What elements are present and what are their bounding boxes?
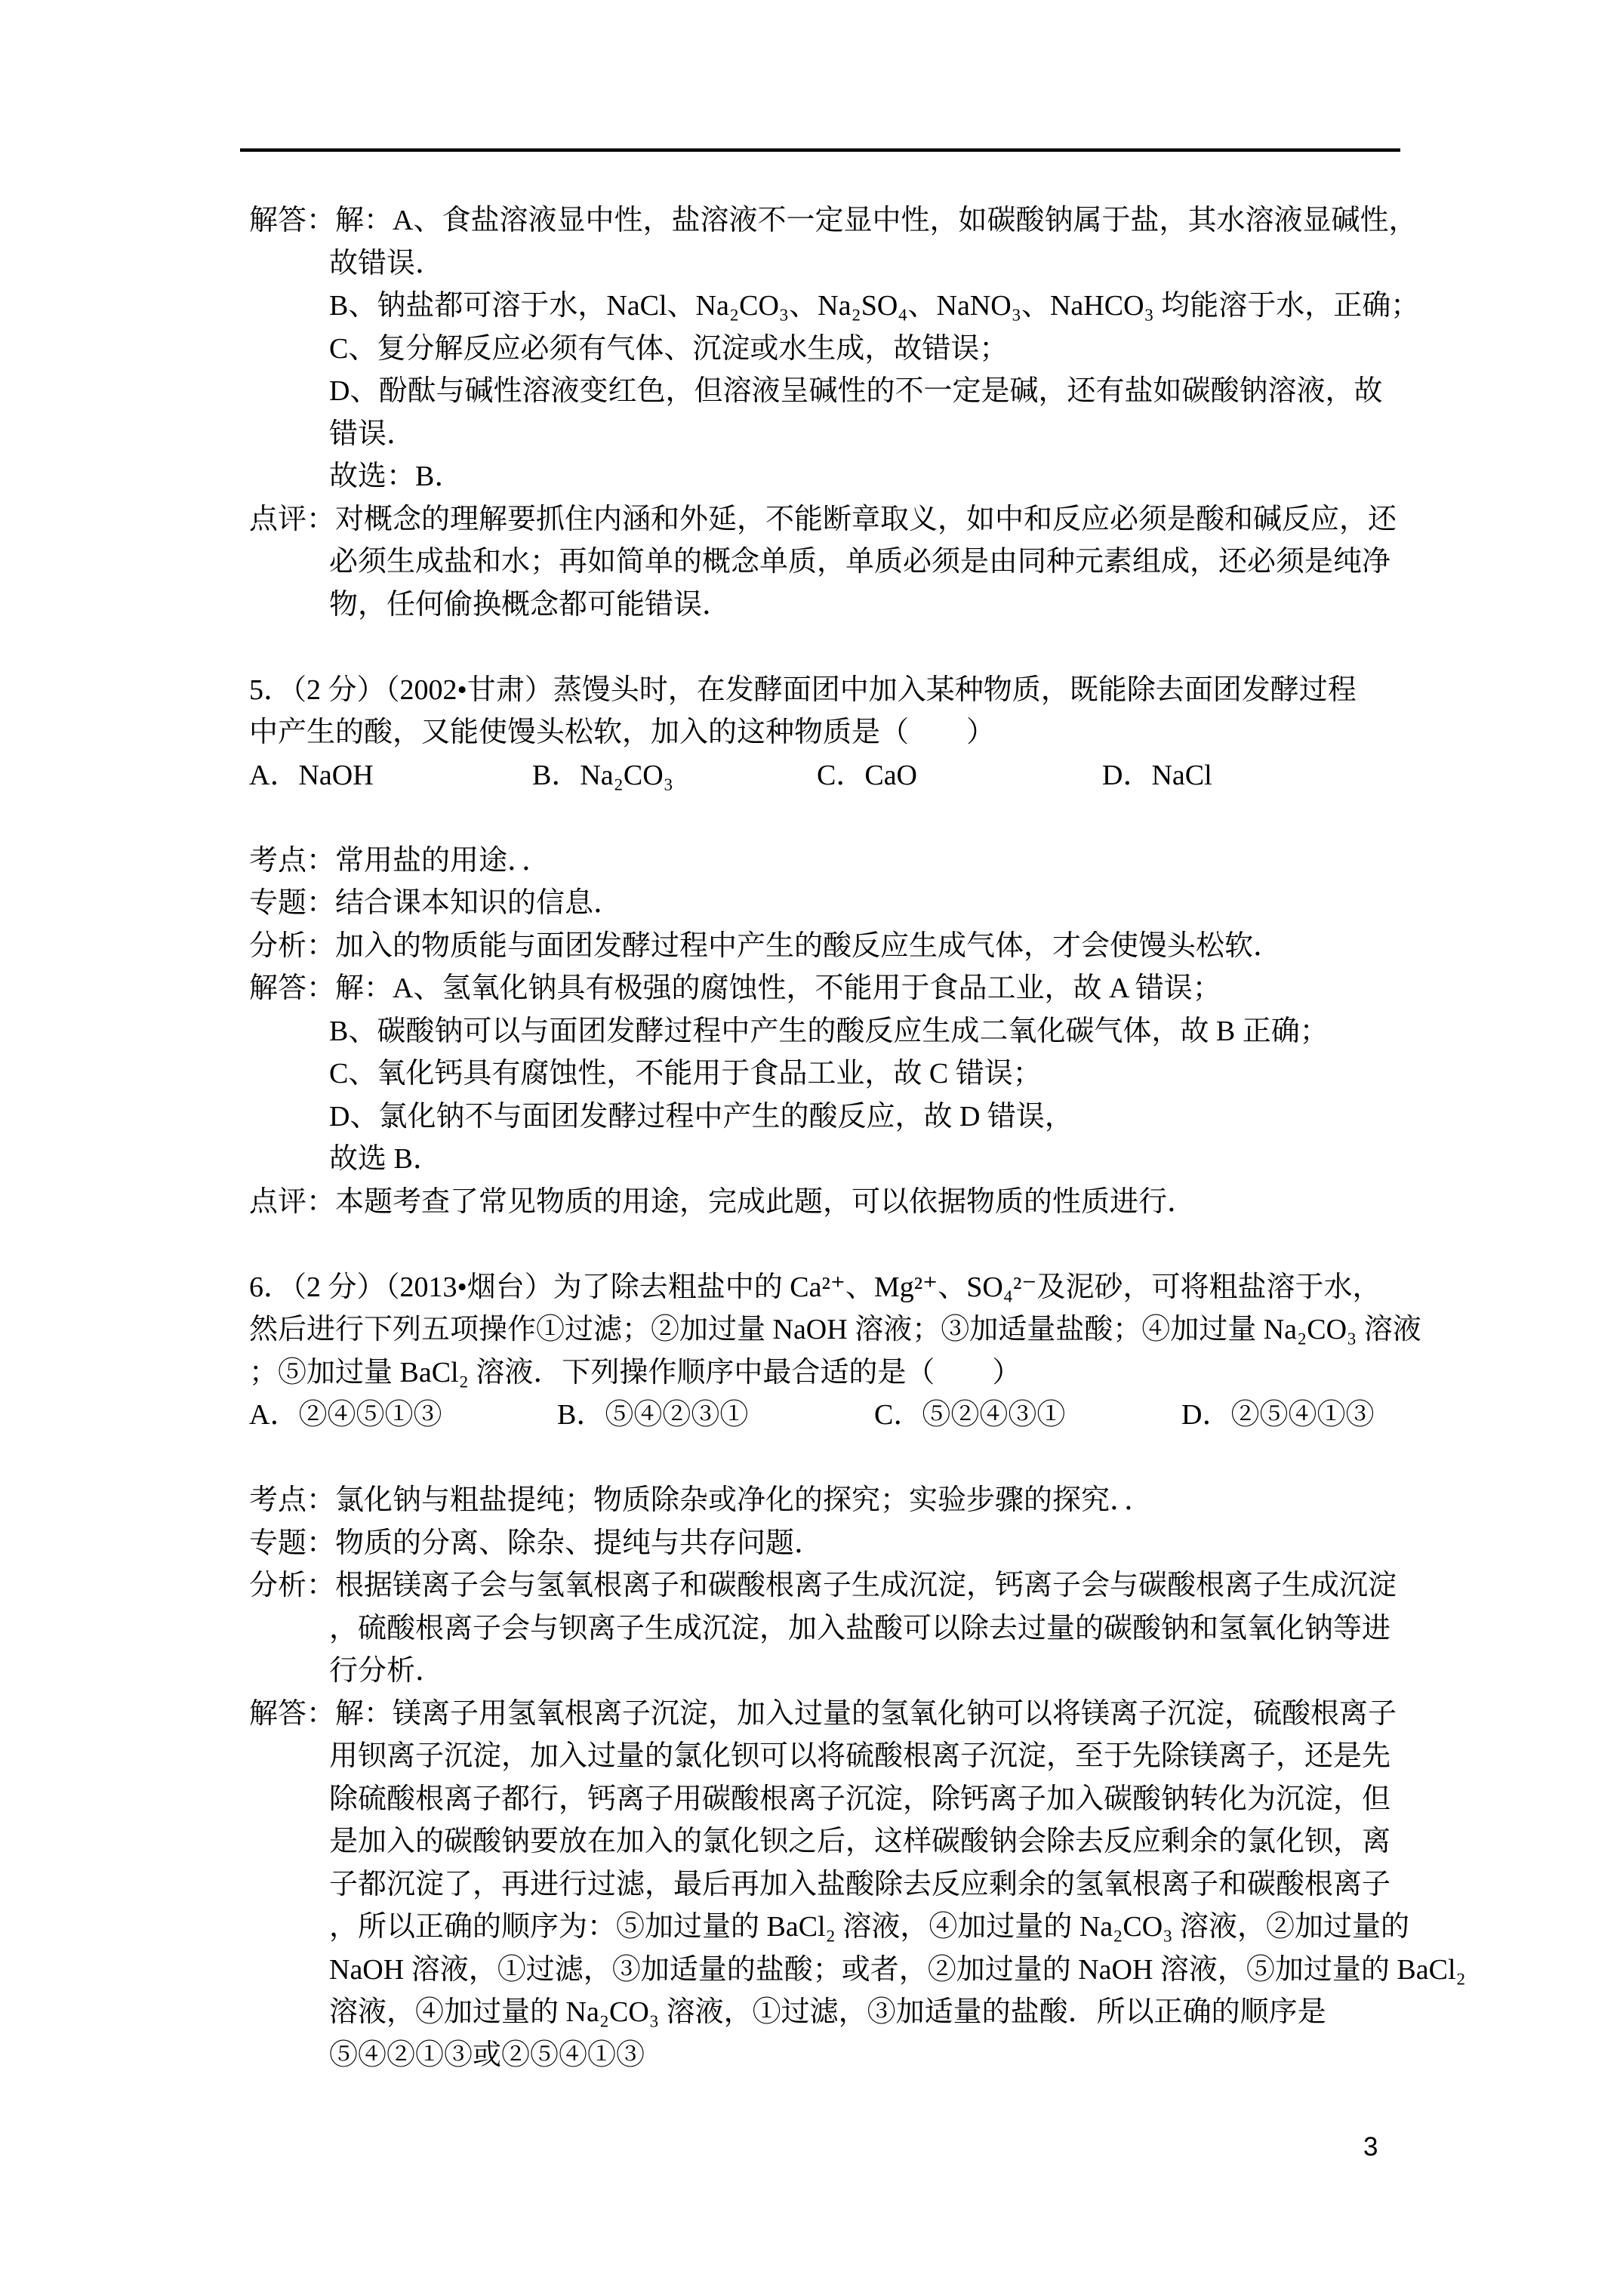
option-item: B．Na₂CO₃ (532, 754, 673, 797)
text-line: D、氯化钠不与面团发酵过程中产生的酸反应，故 D 错误， (249, 1096, 1412, 1139)
blank-line (249, 797, 1412, 840)
option-item: B．⑤④②③① (557, 1394, 748, 1437)
text-line: 点评：对概念的理解要抓住内涵和外延，不能断章取义，如中和反应必须是酸和碱反应，还 (249, 498, 1412, 541)
text-line: 解答：解：A、氢氧化钠具有极强的腐蚀性，不能用于食品工业，故 A 错误； (249, 967, 1412, 1010)
text-line: 故错误． (249, 242, 1412, 285)
text-line: 解答：解：镁离子用氢氧根离子沉淀，加入过量的氢氧化钠可以将镁离子沉淀，硫酸根离子 (249, 1693, 1412, 1736)
option-item: C．CaO (817, 754, 917, 797)
text-line: ；⑤加过量 BaCl₂ 溶液．下列操作顺序中最合适的是（ ） (249, 1351, 1412, 1395)
text-line: 解答：解：A、食盐溶液显中性，盐溶液不一定显中性，如碳酸钠属于盐，其水溶液显碱性… (249, 199, 1412, 242)
text-line: 考点：常用盐的用途．． (249, 840, 1412, 883)
blank-line (249, 1223, 1412, 1266)
text-line: 考点：氯化钠与粗盐提纯；物质除杂或净化的探究；实验步骤的探究．． (249, 1479, 1412, 1522)
option-item: A．②④⑤①③ (249, 1394, 442, 1437)
text-line: 故选：B． (249, 455, 1412, 498)
text-line: 故选 B． (249, 1138, 1412, 1181)
text-line: 错误． (249, 413, 1412, 456)
text-line: 专题：结合课本知识的信息． (249, 882, 1412, 925)
text-line: 子都沉淀了，再进行过滤，最后再加入盐酸除去反应剩余的氢氧根离子和碳酸根离子 (249, 1863, 1412, 1906)
options-row: A．②④⑤①③B．⑤④②③①C．⑤②④③①D．②⑤④①③ (249, 1394, 1412, 1437)
text-line: 分析：加入的物质能与面团发酵过程中产生的酸反应生成气体，才会使馒头松软． (249, 925, 1412, 968)
text-line: D、酚酞与碱性溶液变红色，但溶液呈碱性的不一定是碱，还有盐如碳酸钠溶液，故 (249, 370, 1412, 413)
options-row: A．NaOHB．Na₂CO₃C．CaOD．NaCl (249, 754, 1412, 797)
text-line: ⑤④②①③或②⑤④①③ (249, 2034, 1412, 2077)
text-line: C、复分解反应必须有气体、沉淀或水生成，故错误； (249, 328, 1412, 371)
header-rule (240, 148, 1400, 152)
text-line: 5．（2 分）（2002•甘肃）蒸馒头时，在发酵面团中加入某种物质，既能除去面团… (249, 669, 1412, 712)
text-line: NaOH 溶液，①过滤，③加适量的盐酸；或者，②加过量的 NaOH 溶液，⑤加过… (249, 1949, 1412, 1992)
text-line: 必须生成盐和水；再如简单的概念单质，单质必须是由同种元素组成，还必须是纯净 (249, 541, 1412, 584)
text-line: B、碳酸钠可以与面团发酵过程中产生的酸反应生成二氧化碳气体，故 B 正确； (249, 1010, 1412, 1053)
text-line: 分析：根据镁离子会与氢氧根离子和碳酸根离子生成沉淀，钙离子会与碳酸根离子生成沉淀 (249, 1564, 1412, 1607)
blank-line (249, 1437, 1412, 1480)
text-line: 然后进行下列五项操作①过滤；②加过量 NaOH 溶液；③加适量盐酸；④加过量 N… (249, 1308, 1412, 1351)
document-page: 解答：解：A、食盐溶液显中性，盐溶液不一定显中性，如碳酸钠属于盐，其水溶液显碱性… (0, 0, 1623, 2296)
page-number: 3 (1363, 2132, 1378, 2162)
document-body: 解答：解：A、食盐溶液显中性，盐溶液不一定显中性，如碳酸钠属于盐，其水溶液显碱性… (249, 199, 1412, 2076)
text-line: 6．（2 分）（2013•烟台）为了除去粗盐中的 Ca²⁺、Mg²⁺、SO₄²⁻… (249, 1266, 1412, 1309)
text-line: 溶液，④加过量的 Na₂CO₃ 溶液，①过滤，③加适量的盐酸．所以正确的顺序是 (249, 1991, 1412, 2034)
option-item: D．②⑤④①③ (1181, 1394, 1374, 1437)
text-line: 专题：物质的分离、除杂、提纯与共存问题． (249, 1522, 1412, 1565)
text-line: C、氧化钙具有腐蚀性，不能用于食品工业，故 C 错误； (249, 1052, 1412, 1096)
text-line: 行分析． (249, 1650, 1412, 1693)
option-item: C．⑤②④③① (874, 1394, 1065, 1437)
text-line: B、钠盐都可溶于水，NaCl、Na₂CO₃、Na₂SO₄、NaNO₃、NaHCO… (249, 285, 1412, 328)
text-line: 除硫酸根离子都行，钙离子用碳酸根离子沉淀，除钙离子加入碳酸钠转化为沉淀，但 (249, 1778, 1412, 1821)
text-line: 是加入的碳酸钠要放在加入的氯化钡之后，这样碳酸钠会除去反应剩余的氯化钡，离 (249, 1820, 1412, 1863)
text-line: ，所以正确的顺序为：⑤加过量的 BaCl₂ 溶液，④加过量的 Na₂CO₃ 溶液… (249, 1906, 1412, 1949)
blank-line (249, 626, 1412, 669)
text-line: 用钡离子沉淀，加入过量的氯化钡可以将硫酸根离子沉淀，至于先除镁离子，还是先 (249, 1735, 1412, 1778)
text-line: ，硫酸根离子会与钡离子生成沉淀，加入盐酸可以除去过量的碳酸钠和氢氧化钠等进 (249, 1607, 1412, 1650)
option-item: A．NaOH (249, 754, 374, 797)
text-line: 中产生的酸，又能使馒头松软，加入的这种物质是（ ） (249, 711, 1412, 754)
option-item: D．NaCl (1102, 754, 1212, 797)
text-line: 点评：本题考查了常见物质的用途，完成此题，可以依据物质的性质进行． (249, 1181, 1412, 1224)
text-line: 物，任何偷换概念都可能错误． (249, 584, 1412, 627)
